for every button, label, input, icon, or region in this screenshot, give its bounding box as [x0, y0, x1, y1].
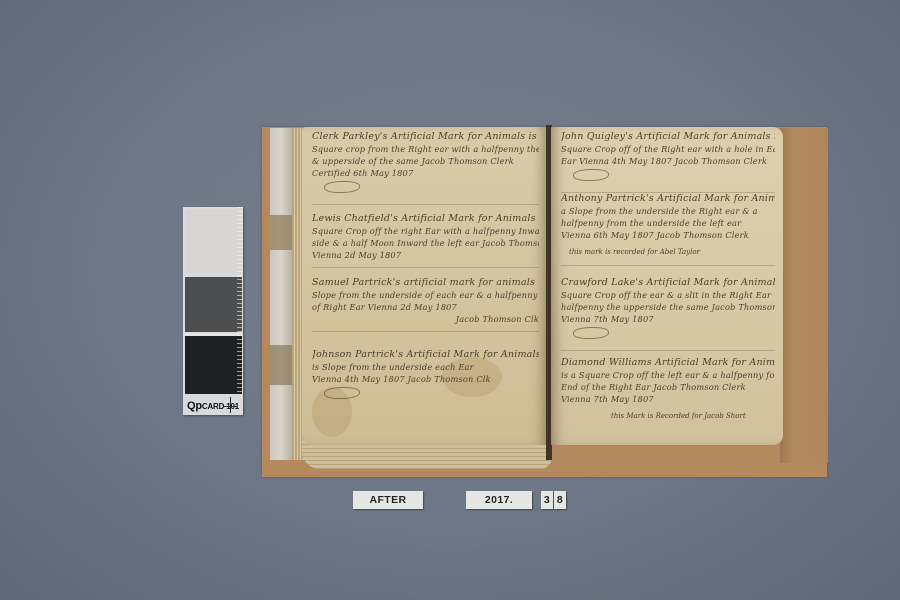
- ruled-line: [312, 267, 539, 268]
- swatch-dark: [185, 336, 242, 394]
- number-label-digit-2: 8: [554, 491, 566, 509]
- left-entry-3: Samuel Partrick's artificial mark for an…: [312, 277, 539, 332]
- card-ruler: [237, 207, 243, 395]
- color-calibration-card: QpCARD 101: [183, 207, 243, 415]
- spine-stain: [270, 215, 292, 250]
- left-page: Clerk Parkley's Artificial Mark for Anim…: [302, 127, 547, 445]
- ear-mark-drawing: [324, 181, 360, 193]
- ruled-line: [312, 204, 539, 205]
- left-entry-2: Lewis Chatfield's Artificial Mark for An…: [312, 213, 539, 268]
- swatch-light: [185, 209, 242, 273]
- spine-repair-strip: [270, 128, 292, 460]
- right-entry-3: Crawford Lake's Artificial Mark for Anim…: [561, 277, 775, 351]
- ruled-line: [312, 331, 539, 332]
- page-stack: [302, 441, 552, 469]
- manuscript-book: Clerk Parkley's Artificial Mark for Anim…: [270, 125, 790, 470]
- ear-mark-drawing: [324, 387, 360, 399]
- ear-mark-drawing: [573, 327, 609, 339]
- right-entry-4: Diamond Williams Artificial Mark for Ani…: [561, 357, 775, 423]
- year-label: 2017.: [466, 491, 532, 509]
- spine-stain: [270, 345, 292, 385]
- right-entry-1: John Quigley's Artificial Mark for Anima…: [561, 131, 775, 193]
- after-label: AFTER: [353, 491, 423, 509]
- swatch-mid-gray: [185, 277, 242, 332]
- right-entry-2: Anthony Partrick's Artificial Mark for A…: [561, 193, 775, 266]
- left-entry-4: Johnson Partrick's Artificial Mark for A…: [312, 349, 539, 404]
- right-page: John Quigley's Artificial Mark for Anima…: [551, 127, 783, 445]
- crosshair-icon: [223, 397, 237, 413]
- ruled-line: [561, 265, 775, 266]
- left-entry-1: Clerk Parkley's Artificial Mark for Anim…: [312, 131, 539, 205]
- ear-mark-drawing: [573, 169, 609, 181]
- ruled-line: [561, 350, 775, 351]
- number-label-digit-1: 3: [541, 491, 553, 509]
